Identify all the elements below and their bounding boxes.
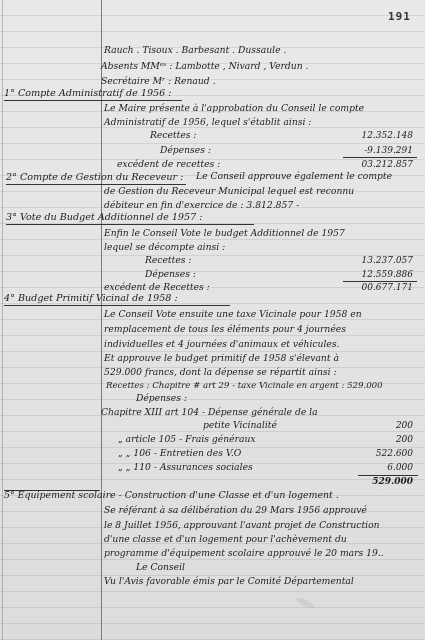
page-edge	[2, 0, 3, 640]
receipts-label: Recettes :	[150, 130, 197, 142]
expenses-value: -9.139.291	[364, 145, 413, 157]
section-5-heading: 5° Equipement scolaire - Construction d'…	[4, 490, 339, 502]
section-5-body-line: programme d'équipement scolaire approuvé…	[104, 548, 384, 560]
expense-line-value: 200	[396, 420, 413, 432]
expense-line-label: Chapitre XIII art 104 - Dépense générale…	[101, 407, 318, 419]
receipts-value: 13.237.057	[361, 255, 413, 267]
expenses-header: Dépenses :	[136, 393, 187, 405]
present-members: Rauch . Tisoux . Barbesant . Dussaule .	[104, 45, 286, 57]
expenses-label: Dépenses :	[160, 145, 211, 157]
ledger-page: 191 Rauch . Tisoux . Barbesant . Dussaul…	[0, 0, 425, 640]
surplus-value: 03.212.857	[361, 159, 413, 171]
vicinal-receipts-line: Recettes : Chapitre # art 29 - taxe Vici…	[106, 380, 383, 392]
section-1-body-line: Administratif de 1956, lequel s'établit …	[104, 117, 311, 129]
receipts-label: Recettes :	[145, 255, 192, 267]
section-3-body-line: lequel se décompte ainsi :	[104, 242, 225, 254]
section-5-body-line: Vu l'Avis favorable émis par le Comité D…	[104, 576, 354, 588]
expense-line-label: „ „ 110 - Assurances sociales	[118, 462, 253, 474]
section-2-body-line: Le Conseil approuve également le compte	[196, 171, 392, 183]
paper-smudge	[295, 596, 316, 610]
receipts-value: 12.352.148	[361, 130, 413, 142]
section-5-body-line: Le Conseil	[136, 562, 185, 574]
absent-members: Absents MMᵉˢ : Lambotte , Nivard , Verdu…	[101, 61, 308, 73]
section-4-body-line: Le Conseil Vote ensuite une taxe Vicinal…	[104, 309, 362, 321]
expense-line-label: „ „ 106 - Entretien des V.O	[118, 448, 241, 460]
secretary: Secrétaire Mʳ : Renaud .	[101, 76, 216, 88]
section-2-heading: 2° Compte de Gestion du Receveur :	[6, 172, 186, 185]
expense-line-value: 522.600	[376, 448, 413, 460]
section-4-body-line: Et approuve le budget primitif de 1958 s…	[104, 353, 339, 365]
section-4-body-line: remplacement de tous les éléments pour 4…	[104, 324, 346, 336]
section-2-body-line: débiteur en fin d'exercice de : 3.812.85…	[104, 200, 299, 212]
section-4-body-line: individuelles et 4 journées d'animaux et…	[104, 339, 339, 351]
section-5-body-line: le 8 Juillet 1956, approuvant l'avant pr…	[104, 520, 380, 532]
section-1-heading: 1° Compte Administratif de 1956 :	[4, 88, 182, 101]
page-number: 191	[388, 10, 411, 23]
section-3-body-line: Enfin le Conseil Vote le budget Addition…	[104, 228, 345, 240]
section-1-body-line: Le Maire présente à l'approbation du Con…	[104, 103, 364, 115]
expenses-value: 12.559.886	[361, 269, 413, 281]
expense-line-value: 6.000	[387, 462, 413, 474]
surplus-label: excédent de recettes :	[117, 159, 220, 171]
surplus-value: 00.677.171	[361, 282, 413, 294]
sum-rule	[343, 157, 417, 158]
expense-line-label: petite Vicinalité	[203, 420, 277, 432]
expenses-total: 529.000	[372, 476, 413, 488]
expense-line-label: „ article 105 - Frais généraux	[118, 434, 256, 446]
expenses-label: Dépenses :	[145, 269, 196, 281]
section-5-body-line: d'une classe et d'un logement pour l'ach…	[104, 534, 347, 546]
section-3-heading: 3° Vote du Budget Additionnel de 1957 :	[6, 212, 254, 225]
section-4-body-line: 529.000 francs, dont la dépense se répar…	[104, 367, 337, 379]
expense-line-value: 200	[396, 434, 413, 446]
section-2-body-line: de Gestion du Receveur Municipal lequel …	[104, 186, 354, 198]
section-4-heading: 4° Budget Primitif Vicinal de 1958 :	[4, 293, 230, 306]
section-5-body-line: Se référant à sa délibération du 29 Mars…	[104, 505, 367, 517]
